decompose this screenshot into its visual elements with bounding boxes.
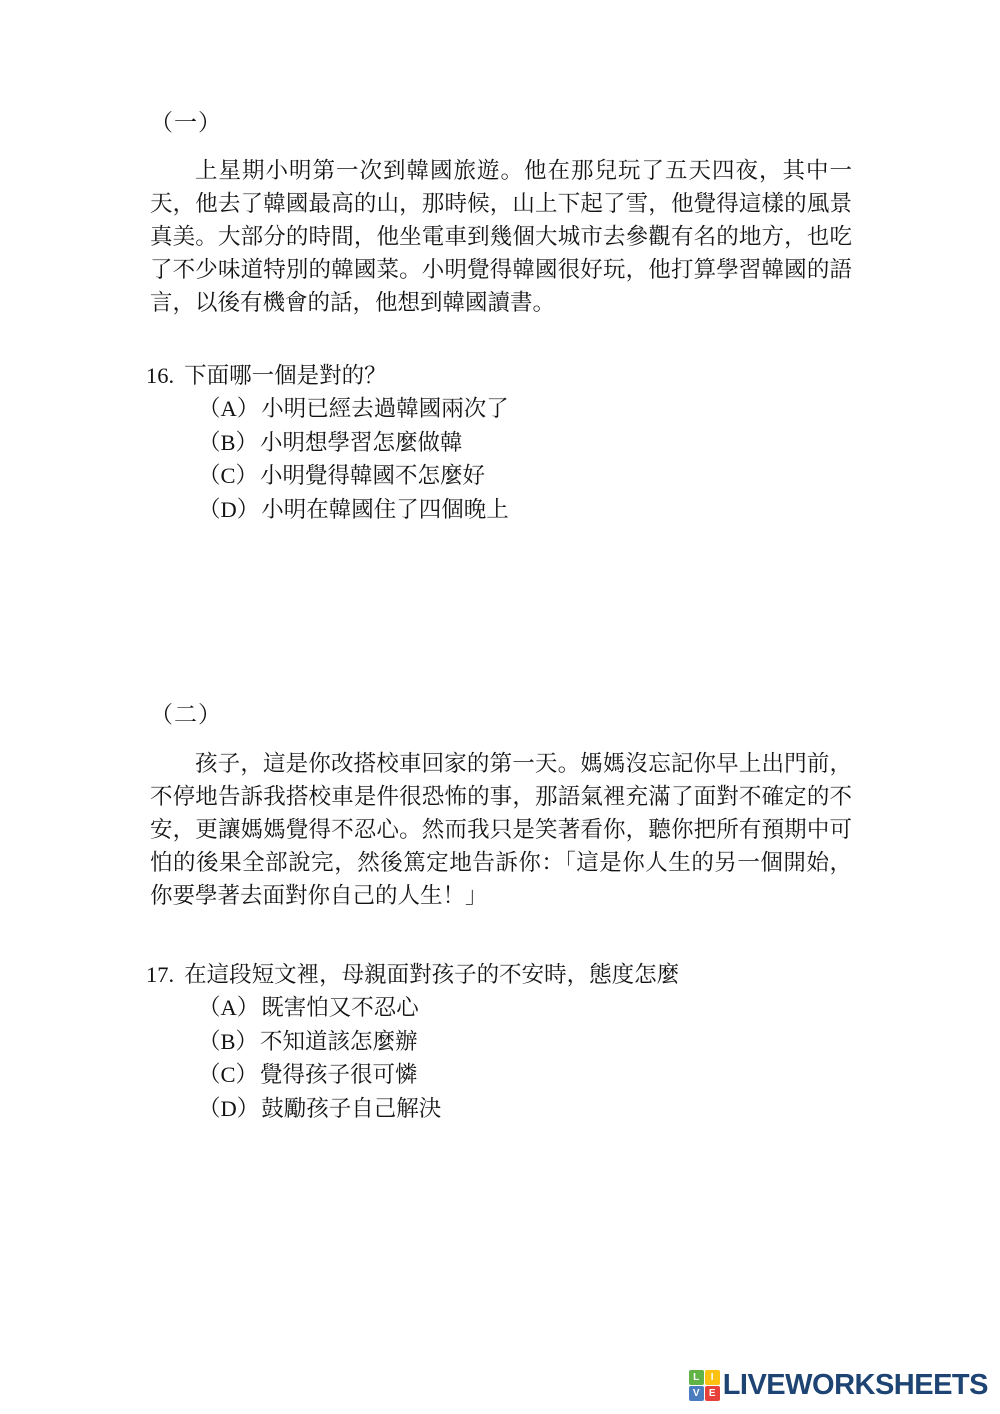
option-text: 覺得孩子很可憐 (260, 1062, 418, 1087)
option-text: 既害怕又不忍心 (261, 995, 419, 1020)
liveworksheets-icon: L I V E (689, 1370, 720, 1401)
section-2-passage: 孩子，這是你改搭校車回家的第一天。媽媽沒忘記你早上出門前，不停地告訴我搭校車是件… (150, 747, 852, 912)
question-17-text: 在這段短文裡，母親面對孩子的不安時，態度怎麼 (184, 962, 679, 987)
option-label: （C） (198, 1062, 258, 1087)
logo-square-e: E (705, 1386, 720, 1401)
liveworksheets-logo[interactable]: L I V E LIVEWORKSHEETS (689, 1369, 988, 1402)
question-17-option-b[interactable]: （B）不知道該怎麼辦 (198, 1025, 852, 1059)
question-17-stem: 17.在這段短文裡，母親面對孩子的不安時，態度怎麼 (150, 958, 852, 991)
question-16-option-a[interactable]: （A）小明已經去過韓國兩次了 (198, 392, 852, 426)
option-text: 小明在韓國住了四個晚上 (261, 497, 509, 522)
question-17-number: 17. (146, 962, 174, 987)
worksheet-content: （一） 上星期小明第一次到韓國旅遊。他在那兒玩了五天四夜，其中一天，他去了韓國最… (150, 106, 852, 1125)
question-17-option-d[interactable]: （D）鼓勵孩子自己解決 (198, 1092, 852, 1126)
logo-square-i: I (705, 1370, 720, 1385)
logo-square-v: V (689, 1386, 704, 1401)
option-text: 不知道該怎麼辦 (260, 1029, 418, 1054)
option-label: （D） (198, 1096, 259, 1121)
option-label: （C） (198, 463, 258, 488)
option-label: （B） (198, 1029, 258, 1054)
option-label: （A） (198, 995, 259, 1020)
question-16-option-d[interactable]: （D）小明在韓國住了四個晚上 (198, 493, 852, 527)
question-17-options: （A）既害怕又不忍心 （B）不知道該怎麼辦 （C）覺得孩子很可憐 （D）鼓勵孩子… (198, 991, 852, 1125)
question-16-number: 16. (146, 363, 174, 388)
question-17-option-a[interactable]: （A）既害怕又不忍心 (198, 991, 852, 1025)
question-16-option-c[interactable]: （C）小明覺得韓國不怎麼好 (198, 459, 852, 493)
question-16: 16.下面哪一個是對的？ （A）小明已經去過韓國兩次了 （B）小明想學習怎麼做韓… (150, 359, 852, 526)
section-1-heading: （一） (150, 106, 852, 140)
section-2-heading: （二） (150, 698, 852, 732)
option-label: （D） (198, 497, 259, 522)
option-label: （B） (198, 430, 258, 455)
option-text: 小明想學習怎麼做韓 (260, 430, 463, 455)
section-1: （一） 上星期小明第一次到韓國旅遊。他在那兒玩了五天四夜，其中一天，他去了韓國最… (150, 106, 852, 526)
question-17: 17.在這段短文裡，母親面對孩子的不安時，態度怎麼 （A）既害怕又不忍心 （B）… (150, 958, 852, 1125)
option-text: 小明已經去過韓國兩次了 (261, 396, 509, 421)
logo-square-l: L (689, 1370, 704, 1385)
question-17-option-c[interactable]: （C）覺得孩子很可憐 (198, 1058, 852, 1092)
option-text: 小明覺得韓國不怎麼好 (260, 463, 485, 488)
section-1-passage: 上星期小明第一次到韓國旅遊。他在那兒玩了五天四夜，其中一天，他去了韓國最高的山，… (150, 154, 852, 319)
worksheet-page: （一） 上星期小明第一次到韓國旅遊。他在那兒玩了五天四夜，其中一天，他去了韓國最… (0, 0, 1000, 1414)
question-16-text: 下面哪一個是對的？ (184, 363, 387, 388)
liveworksheets-wordmark: LIVEWORKSHEETS (723, 1369, 988, 1402)
question-16-options: （A）小明已經去過韓國兩次了 （B）小明想學習怎麼做韓 （C）小明覺得韓國不怎麼… (198, 392, 852, 526)
section-2: （二） 孩子，這是你改搭校車回家的第一天。媽媽沒忘記你早上出門前，不停地告訴我搭… (150, 698, 852, 1125)
question-16-option-b[interactable]: （B）小明想學習怎麼做韓 (198, 426, 852, 460)
option-label: （A） (198, 396, 259, 421)
question-16-stem: 16.下面哪一個是對的？ (150, 359, 852, 392)
option-text: 鼓勵孩子自己解決 (261, 1096, 441, 1121)
